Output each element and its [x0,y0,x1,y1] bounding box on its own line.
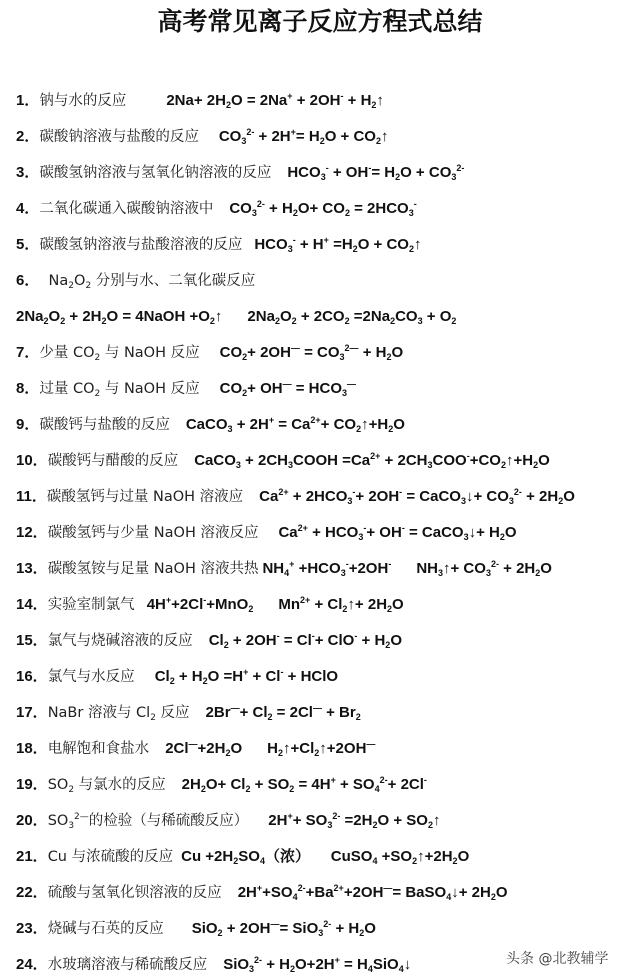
page-title: 高考常见离子反应方程式总结 [0,4,640,40]
ionic-equation: SiO2 + 2OH—= SiO32- + H2O [192,920,376,937]
equation-line: 8．过量 CO2 与 NaOH 反应CO2+ OH— = HCO3— [16,377,356,401]
ionic-equation: CaCO3 + 2CH3COOH =Ca2+ + 2CH3COO-+CO2↑+H… [194,452,550,469]
ionic-equation: 2Cl—+2H2O H2↑+Cl2↑+2OH— [165,740,375,757]
item-number: 11． [16,488,47,505]
item-number: 13． [16,560,48,577]
equation-line: 17．NaBr 溶液与 Cl2 反应2Br—+ Cl2 = 2Cl— + Br2 [16,701,361,725]
item-number: 21． [16,848,48,865]
ionic-equation: CO2+ 2OH— = CO32— + H2O [220,344,404,361]
ionic-equation: 2Na+ 2H2O = 2Na+ + 2OH- + H2↑ [166,92,384,109]
reaction-description: 硫酸与氢氧化钡溶液的反应 [48,885,222,901]
ionic-equation: HCO3- + H+ =H2O + CO2↑ [254,236,421,253]
ionic-equation: NH4+ +HCO3-+2OH- NH3↑+ CO32- + 2H2O [262,560,551,577]
reaction-description: SO2 与氯水的反应 [48,777,166,793]
equation-line: 3．碳酸氢钠溶液与氢氧化钠溶液的反应HCO3- + OH-= H2O + CO3… [16,161,464,185]
equation-line: 6． Na2O2 分别与水、二氧化碳反应 [16,269,255,293]
equation-line: 16．氯气与水反应Cl2 + H2O =H+ + Cl- + HClO [16,665,338,689]
ionic-equation: Ca2+ + 2HCO3-+ 2OH- = CaCO3↓+ CO32- + 2H… [259,488,575,505]
equation-line: 5．碳酸氢钠溶液与盐酸溶液的反应HCO3- + H+ =H2O + CO2↑ [16,233,421,257]
ionic-equation: CO32- + H2O+ CO2 = 2HCO3- [229,200,416,217]
equation-line: 23．烧碱与石英的反应SiO2 + 2OH—= SiO32- + H2O [16,917,376,941]
ionic-equation: 2H2O+ Cl2 + SO2 = 4H+ + SO42-+ 2Cl- [182,776,427,793]
ionic-equation: Cl2 + 2OH- = Cl-+ ClO- + H2O [209,632,402,649]
ionic-equation: HCO3- + OH-= H2O + CO32- [287,164,464,181]
equation-line: 11．碳酸氢钙与过量 NaOH 溶液应Ca2+ + 2HCO3-+ 2OH- =… [16,485,575,509]
item-number: 24． [16,956,48,973]
ionic-equation: CO32- + 2H+= H2O + CO2↑ [219,128,389,145]
equation-line: 10．碳酸钙与醋酸的反应CaCO3 + 2CH3COOH =Ca2+ + 2CH… [16,449,550,473]
ionic-equation: Cu +2H2SO4（浓） CuSO4 +SO2↑+2H2O [181,848,469,865]
ionic-equation: 2Br—+ Cl2 = 2Cl— + Br2 [206,704,361,721]
equation-line: 24．水玻璃溶液与稀硫酸反应SiO32- + H2O+2H+ = H4SiO4↓ [16,953,411,977]
item-number: 14． [16,596,48,613]
equation-line: 19．SO2 与氯水的反应2H2O+ Cl2 + SO2 = 4H+ + SO4… [16,773,427,797]
ionic-equation: CaCO3 + 2H+ = Ca2++ CO2↑+H2O [186,416,405,433]
reaction-description: 碳酸氢铵与足量 NaOH 溶液共热 [48,561,259,577]
equation-line: 18．电解饱和食盐水2Cl—+2H2O H2↑+Cl2↑+2OH— [16,737,375,761]
reaction-description: 实验室制氯气 [48,597,135,613]
equation-line: 12．碳酸氢钙与少量 NaOH 溶液反应Ca2+ + HCO3-+ OH- = … [16,521,517,545]
item-number: 7． [16,344,39,361]
equation-line: 4．二氧化碳通入碳酸钠溶液中CO32- + H2O+ CO2 = 2HCO3- [16,197,417,221]
ionic-equation: CO2+ OH— = HCO3— [220,380,356,397]
ionic-equation: 4H++2Cl-+MnO2 Mn2+ + Cl2↑+ 2H2O [147,596,404,613]
reaction-description: SO32—的检验（与稀硫酸反应） [48,813,249,829]
reaction-description: 碳酸氢钙与少量 NaOH 溶液反应 [48,525,259,541]
equation-line: 20．SO32—的检验（与稀硫酸反应）2H++ SO32- =2H2O + SO… [16,809,440,833]
reaction-description: Na2O2 分别与水、二氧化碳反应 [39,273,255,289]
reaction-description: Cu 与浓硫酸的反应 [48,849,173,865]
item-number: 8． [16,380,39,397]
ionic-equation: Ca2+ + HCO3-+ OH- = CaCO3↓+ H2O [278,524,516,541]
item-number: 6． [16,272,39,289]
reaction-description: 少量 CO2 与 NaOH 反应 [39,345,199,361]
reaction-description: 碳酸钠溶液与盐酸的反应 [39,129,199,145]
reaction-description: 氯气与烧碱溶液的反应 [48,633,193,649]
equation-line: 1．钠与水的反应2Na+ 2H2O = 2Na+ + 2OH- + H2↑ [16,89,384,113]
equation-line: 22．硫酸与氢氧化钡溶液的反应2H++SO42-+Ba2++2OH—= BaSO… [16,881,508,905]
item-number: 10． [16,452,48,469]
reaction-description: 碳酸钙与醋酸的反应 [48,453,179,469]
equation-line: 7．少量 CO2 与 NaOH 反应CO2+ 2OH— = CO32— + H2… [16,341,403,365]
reaction-description: 二氧化碳通入碳酸钠溶液中 [39,201,213,217]
equation-line: 2．碳酸钠溶液与盐酸的反应CO32- + 2H+= H2O + CO2↑ [16,125,388,149]
reaction-description: 碳酸氢钙与过量 NaOH 溶液应 [47,489,243,505]
ionic-equation: 2Na2O2 + 2H2O = 4NaOH +O2↑ 2Na2O2 + 2CO2… [16,308,456,325]
watermark: 头条 @北教辅学 [506,948,608,968]
ionic-equation: Cl2 + H2O =H+ + Cl- + HClO [155,668,338,685]
reaction-description: 碳酸钙与盐酸的反应 [39,417,170,433]
item-number: 3． [16,164,39,181]
reaction-description: 钠与水的反应 [39,93,126,109]
reaction-description: 氯气与水反应 [48,669,135,685]
ionic-equation: 2H++ SO32- =2H2O + SO2↑ [268,812,440,829]
item-number: 16． [16,668,48,685]
reaction-description: 碳酸氢钠溶液与氢氧化钠溶液的反应 [39,165,271,181]
item-number: 20． [16,812,48,829]
equation-line: 2Na2O2 + 2H2O = 4NaOH +O2↑ 2Na2O2 + 2CO2… [16,305,456,329]
reaction-description: 烧碱与石英的反应 [48,921,164,937]
item-number: 18． [16,740,48,757]
item-number: 2． [16,128,39,145]
item-number: 23． [16,920,48,937]
equation-line: 9．碳酸钙与盐酸的反应CaCO3 + 2H+ = Ca2++ CO2↑+H2O [16,413,405,437]
reaction-description: 碳酸氢钠溶液与盐酸溶液的反应 [39,237,242,253]
reaction-description: NaBr 溶液与 Cl2 反应 [48,705,190,721]
item-number: 4． [16,200,39,217]
equation-line: 14．实验室制氯气4H++2Cl-+MnO2 Mn2+ + Cl2↑+ 2H2O [16,593,404,617]
item-number: 9． [16,416,39,433]
item-number: 19． [16,776,48,793]
equation-line: 21．Cu 与浓硫酸的反应Cu +2H2SO4（浓） CuSO4 +SO2↑+2… [16,845,469,869]
item-number: 17． [16,704,48,721]
item-number: 1． [16,92,39,109]
equation-line: 13．碳酸氢铵与足量 NaOH 溶液共热NH4+ +HCO3-+2OH- NH3… [16,557,552,581]
item-number: 15． [16,632,48,649]
item-number: 12． [16,524,48,541]
reaction-description: 水玻璃溶液与稀硫酸反应 [48,957,208,973]
item-number: 5． [16,236,39,253]
reaction-description: 电解饱和食盐水 [48,741,150,757]
equation-line: 15．氯气与烧碱溶液的反应Cl2 + 2OH- = Cl-+ ClO- + H2… [16,629,402,653]
ionic-equation: SiO32- + H2O+2H+ = H4SiO4↓ [223,956,411,973]
reaction-description: 过量 CO2 与 NaOH 反应 [39,381,199,397]
ionic-equation: 2H++SO42-+Ba2++2OH—= BaSO4↓+ 2H2O [238,884,508,901]
item-number: 22． [16,884,48,901]
